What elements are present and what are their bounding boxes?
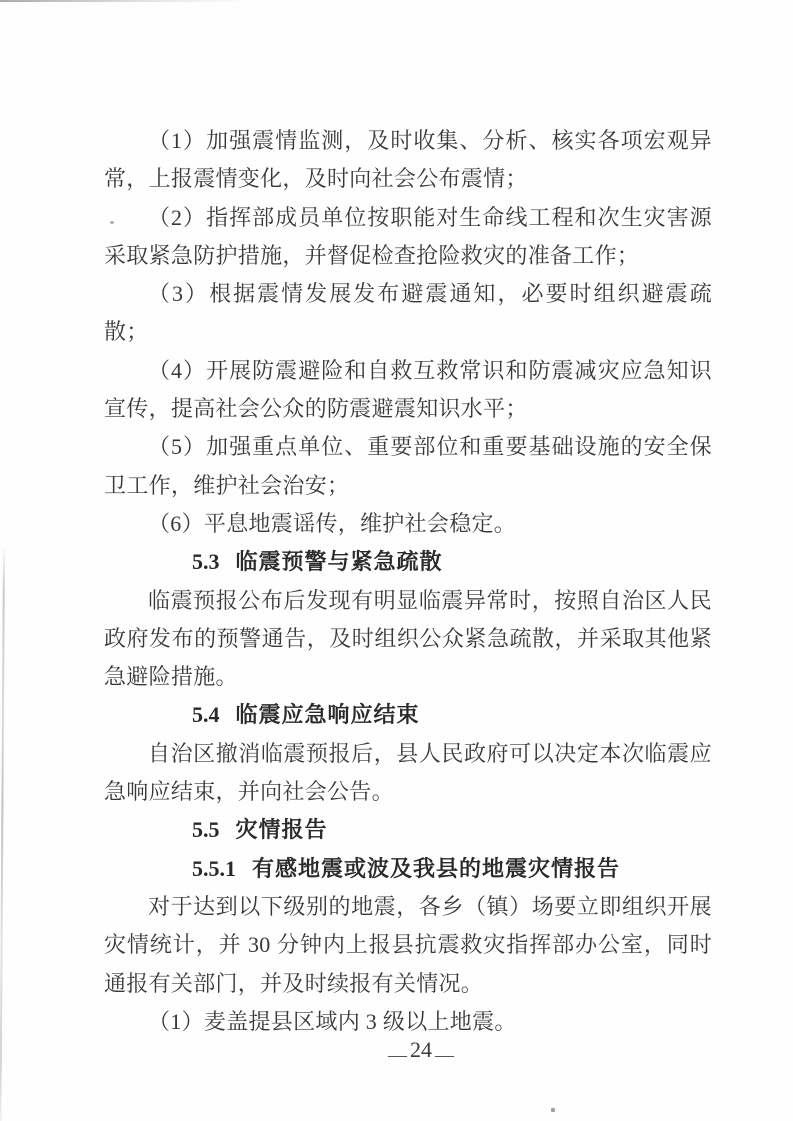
document-body: （1）加强震情监测，及时收集、分析、核实各项宏观异常，上报震情变化，及时向社会公… <box>104 122 712 1041</box>
list-item-3: （3）根据震情发展发布避震通知，必要时组织避震疏散； <box>104 275 712 352</box>
page-number: —24— <box>385 1037 457 1063</box>
section-number: 5.5.1 <box>148 850 236 888</box>
page-number-dash-left: — <box>385 1045 410 1066</box>
list-item-5: （5）加强重点单位、重要部位和重要基础设施的安全保卫工作，维护社会治安； <box>104 428 712 505</box>
section-title: 有感地震或波及我县的地震灾情报告 <box>252 856 620 881</box>
section-heading-5-5: 5.5灾情报告 <box>104 811 712 849</box>
scan-artifact-top-edge <box>0 0 250 2</box>
scan-artifact-left-line <box>0 545 5 1121</box>
section-number: 5.3 <box>148 543 220 581</box>
list-item-1: （1）加强震情监测，及时收集、分析、核实各项宏观异常，上报震情变化，及时向社会公… <box>104 122 712 199</box>
document-page: （1）加强震情监测，及时收集、分析、核实各项宏观异常，上报震情变化，及时向社会公… <box>0 0 793 1121</box>
list-item-2: （2）指挥部成员单位按职能对生命线工程和次生灾害源采取紧急防护措施，并督促检查抢… <box>104 199 712 276</box>
section-heading-5-4: 5.4临震应急响应结束 <box>104 696 712 734</box>
page-number-value: 24 <box>410 1037 432 1062</box>
paragraph-5-3-body: 临震预报公布后发现有明显临震异常时，按照自治区人民政府发布的预警通告，及时组织公… <box>104 582 712 697</box>
section-heading-5-5-1: 5.5.1有感地震或波及我县的地震灾情报告 <box>104 850 712 888</box>
section-title: 临震应急响应结束 <box>236 702 420 727</box>
scan-artifact-speck <box>551 1108 555 1112</box>
section-title: 灾情报告 <box>236 817 328 842</box>
list-item-4: （4）开展防震避险和自救互救常识和防震减灾应急知识宣传，提高社会公众的防震避震知… <box>104 352 712 429</box>
section-number: 5.5 <box>148 811 220 849</box>
section-title: 临震预警与紧急疏散 <box>236 549 443 574</box>
paragraph-5-5-1-item-1: （1）麦盖提县区域内 3 级以上地震。 <box>104 1003 712 1041</box>
paragraph-5-5-1-body: 对于达到以下级别的地震，各乡（镇）场要立即组织开展灾情统计，并 30 分钟内上报… <box>104 888 712 1003</box>
list-item-6: （6）平息地震谣传，维护社会稳定。 <box>104 505 712 543</box>
page-number-dash-right: — <box>432 1045 457 1066</box>
section-number: 5.4 <box>148 696 220 734</box>
paragraph-5-4-body: 自治区撤消临震预报后，县人民政府可以决定本次临震应急响应结束，并向社会公告。 <box>104 735 712 812</box>
section-heading-5-3: 5.3临震预警与紧急疏散 <box>104 543 712 581</box>
